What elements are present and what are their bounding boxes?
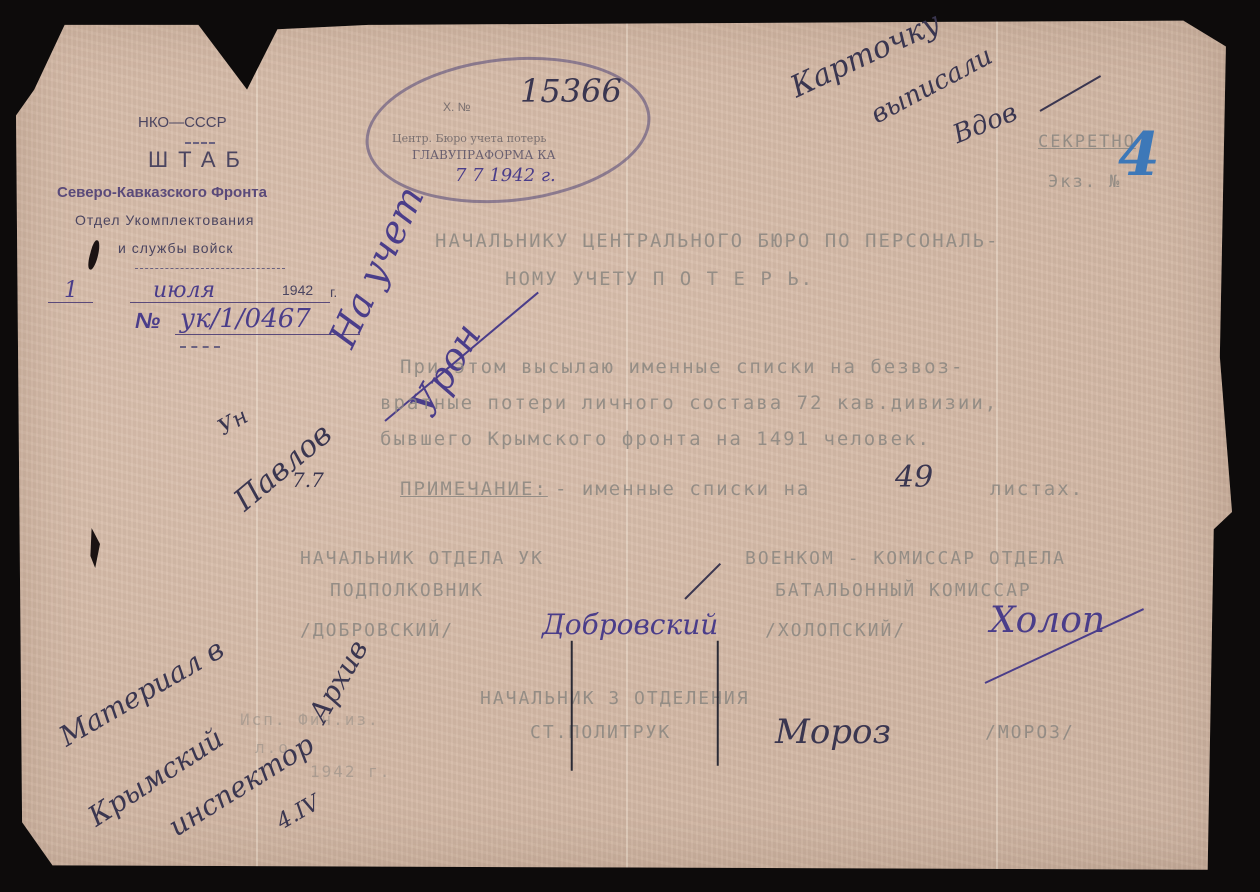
chief-signature: Добровский — [542, 608, 718, 641]
chief-title: НАЧАЛЬНИК ОТДЕЛА УК — [300, 548, 544, 569]
received-date: 7 7 1942 г. — [455, 165, 556, 186]
stamp-front: Северо-Кавказского Фронта — [57, 184, 267, 201]
received-number-prefix: Х. № — [443, 100, 471, 114]
stamp-department-2: и службы войск — [118, 240, 234, 256]
commissar-rank: БАТАЛЬОННЫЙ КОМИССАР — [775, 580, 1032, 601]
stamp-department-1: Отдел Укомплектования — [75, 212, 254, 228]
vertical-stroke — [717, 641, 719, 766]
date-underline — [48, 302, 93, 303]
stamp-divider — [185, 142, 215, 144]
stamp-date-day: 1 — [64, 278, 78, 303]
chief-rank: ПОДПОЛКОВНИК — [330, 580, 484, 601]
section-rank: СТ.ПОЛИТРУК — [530, 722, 671, 743]
commissar-title: ВОЕНКОМ - КОМИССАР ОТДЕЛА — [745, 548, 1066, 569]
stamp-org: НКО—СССР — [138, 114, 227, 131]
chief-name: /ДОБРОВСКИЙ/ — [300, 620, 454, 641]
copy-number: 4 — [1118, 120, 1160, 190]
stamp-number-prefix: № — [135, 308, 160, 334]
date-underline — [130, 302, 330, 303]
stamp-title: ШТАБ — [148, 147, 250, 173]
note-sheets-number: 49 — [895, 460, 933, 495]
received-line-1: Центр. Бюро учета потерь — [392, 132, 546, 145]
stamp-divider — [180, 346, 220, 348]
addressee-line-1: НАЧАЛЬНИКУ ЦЕНТРАЛЬНОГО БЮРО ПО ПЕРСОНАЛ… — [435, 230, 999, 252]
note-sheets-label: листах. — [990, 478, 1084, 500]
addressee-line-2: НОМУ УЧЕТУ П О Т Е Р Ь. — [505, 268, 814, 290]
note-label: ПРИМЕЧАНИЕ: — [400, 478, 548, 500]
vertical-stroke — [571, 641, 573, 771]
executor-line-3: 1942 г. — [310, 762, 391, 781]
stamp-divider — [135, 268, 285, 269]
stamp-number: ук/1/0467 — [180, 304, 311, 334]
received-line-2: ГЛАВУПРАФОРМА КА — [412, 148, 556, 162]
section-name: /МОРОЗ/ — [985, 722, 1075, 743]
stamp-date-month: июля — [153, 278, 215, 303]
section-title: НАЧАЛЬНИК 3 ОТДЕЛЕНИЯ — [480, 688, 750, 709]
received-number: 15366 — [520, 72, 622, 110]
stamp-date-suffix: г. — [330, 284, 337, 300]
paper-crease — [996, 12, 998, 874]
body-line-1: При этом высылаю именные списки на безво… — [400, 356, 964, 378]
copy-label: Экз. № — [1048, 172, 1121, 192]
section-signature: Мороз — [775, 712, 891, 752]
commissar-name: /ХОЛОПСКИЙ/ — [765, 620, 906, 641]
note-text: - именные списки на — [555, 478, 810, 500]
left-note-3: 7.7 — [292, 468, 324, 492]
body-line-2: вратные потери личного состава 72 кав.ди… — [380, 392, 998, 414]
body-line-3: бывшего Крымского фронта на 1491 человек… — [380, 428, 931, 450]
stamp-date-year: 1942 — [282, 282, 313, 298]
